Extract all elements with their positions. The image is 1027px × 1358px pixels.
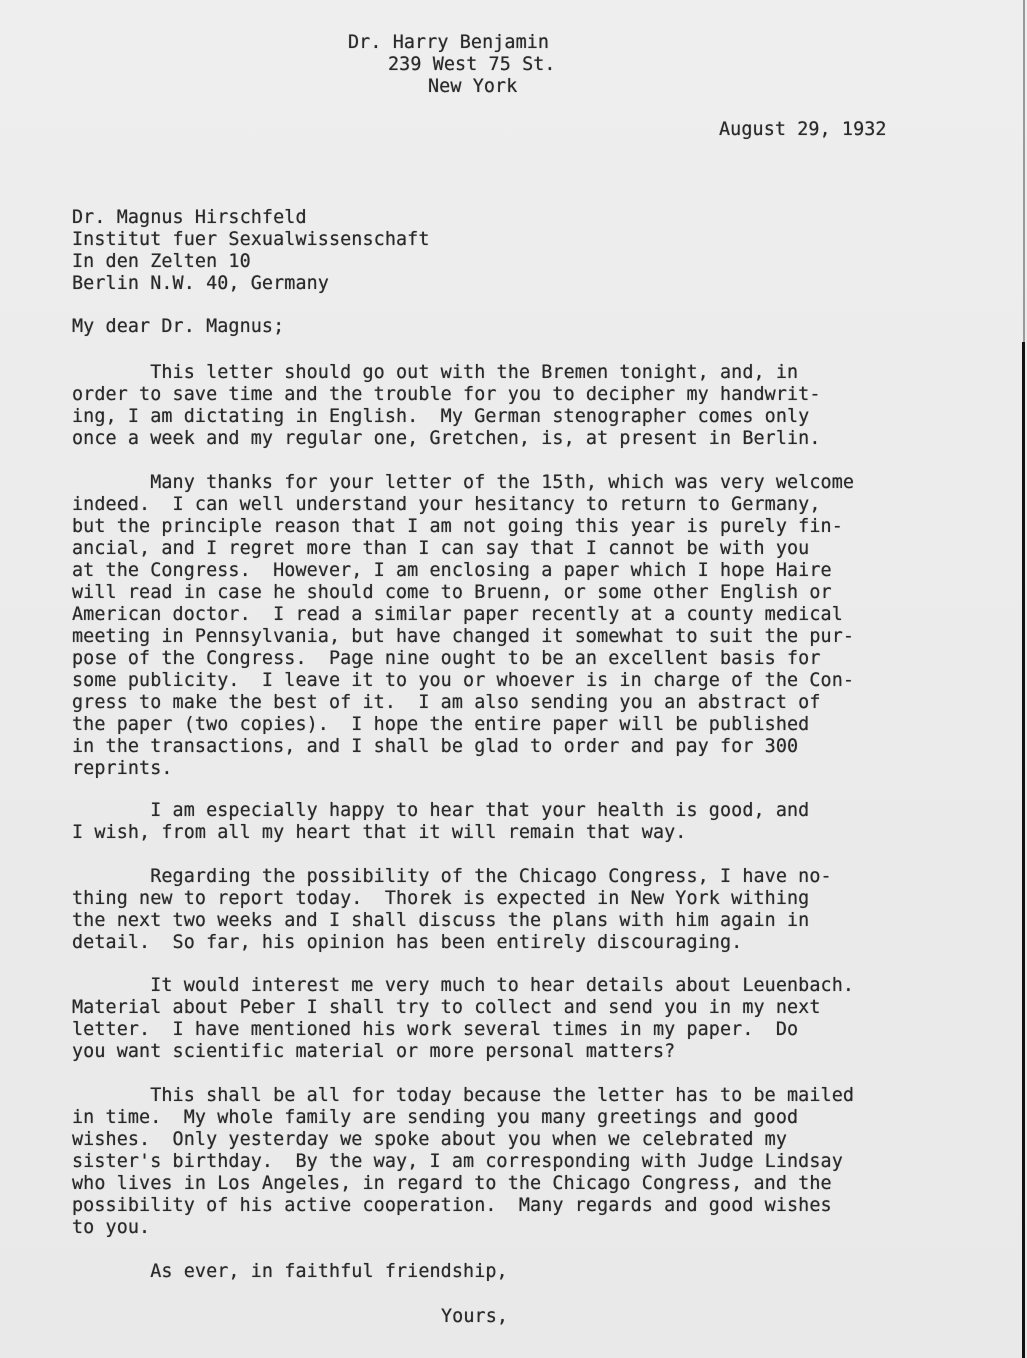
paragraph-line: in the transactions, and I shall be glad… bbox=[72, 736, 798, 758]
paragraph-line: ing, I am dictating in English. My Germa… bbox=[72, 406, 809, 428]
letterhead-street: 239 West 75 St. bbox=[388, 54, 556, 76]
paragraph-line: sister's birthday. By the way, I am corr… bbox=[72, 1151, 843, 1173]
paragraph-line: who lives in Los Angeles, in regard to t… bbox=[72, 1173, 832, 1195]
recipient-name: Dr. Magnus Hirschfeld bbox=[72, 207, 307, 229]
recipient-institution: Institut fuer Sexualwissenschaft bbox=[72, 229, 430, 251]
paragraph-line: once a week and my regular one, Gretchen… bbox=[72, 428, 821, 450]
salutation: My dear Dr. Magnus; bbox=[72, 316, 284, 338]
paragraph-line: American doctor. I read a similar paper … bbox=[72, 604, 843, 626]
paragraph-line: the next two weeks and I shall discuss t… bbox=[72, 910, 809, 932]
paragraph-line: detail. So far, his opinion has been ent… bbox=[72, 932, 742, 954]
page-edge-line bbox=[1023, 0, 1025, 342]
paragraph-line: gress to make the best of it. I am also … bbox=[72, 692, 821, 714]
paragraph-line: thing new to report today. Thorek is exp… bbox=[72, 888, 809, 910]
closing-line: As ever, in faithful friendship, bbox=[72, 1261, 508, 1283]
paragraph-line: order to save time and the trouble for y… bbox=[72, 384, 821, 406]
recipient-city: Berlin N.W. 40, Germany bbox=[72, 273, 329, 295]
paragraph-line: Many thanks for your letter of the 15th,… bbox=[72, 472, 854, 494]
paragraph-line: possibility of his active cooperation. M… bbox=[72, 1195, 832, 1217]
paragraph-line: meeting in Pennsylvania, but have change… bbox=[72, 626, 854, 648]
paragraph-line: the paper (two copies). I hope the entir… bbox=[72, 714, 809, 736]
paragraph-line: wishes. Only yesterday we spoke about yo… bbox=[72, 1129, 787, 1151]
paragraph-line: Regarding the possibility of the Chicago… bbox=[72, 866, 832, 888]
paragraph-line: This shall be all for today because the … bbox=[72, 1085, 854, 1107]
paragraph-line: Material about Peber I shall try to coll… bbox=[72, 997, 821, 1019]
letter-date: August 29, 1932 bbox=[719, 119, 887, 141]
paragraph-line: at the Congress. However, I am enclosing… bbox=[72, 560, 832, 582]
paragraph-line: letter. I have mentioned his work severa… bbox=[72, 1019, 798, 1041]
paragraph-line: reprints. bbox=[72, 758, 173, 780]
paragraph-line: I wish, from all my heart that it will r… bbox=[72, 822, 686, 844]
paragraph-line: in time. My whole family are sending you… bbox=[72, 1107, 798, 1129]
paragraph-line: It would interest me very much to hear d… bbox=[72, 975, 854, 997]
paragraph-line: will read in case he should come to Brue… bbox=[72, 582, 832, 604]
paragraph-line: ancial, and I regret more than I can say… bbox=[72, 538, 809, 560]
paragraph-line: I am especially happy to hear that your … bbox=[72, 800, 809, 822]
paragraph-line: some publicity. I leave it to you or who… bbox=[72, 670, 854, 692]
letterhead-city: New York bbox=[428, 76, 517, 98]
paragraph-line: to you. bbox=[72, 1217, 150, 1239]
signoff: Yours, bbox=[441, 1306, 508, 1328]
paragraph-line: indeed. I can well understand your hesit… bbox=[72, 494, 821, 516]
paragraph-line: This letter should go out with the Breme… bbox=[72, 362, 798, 384]
letter-page: Dr. Harry Benjamin 239 West 75 St. New Y… bbox=[0, 0, 1027, 1358]
page-edge-shadow bbox=[1022, 342, 1025, 1358]
recipient-street: In den Zelten 10 bbox=[72, 251, 251, 273]
paragraph-line: you want scientific material or more per… bbox=[72, 1041, 675, 1063]
paragraph-line: pose of the Congress. Page nine ought to… bbox=[72, 648, 821, 670]
letterhead-name: Dr. Harry Benjamin bbox=[348, 32, 549, 54]
paragraph-line: but the principle reason that I am not g… bbox=[72, 516, 843, 538]
